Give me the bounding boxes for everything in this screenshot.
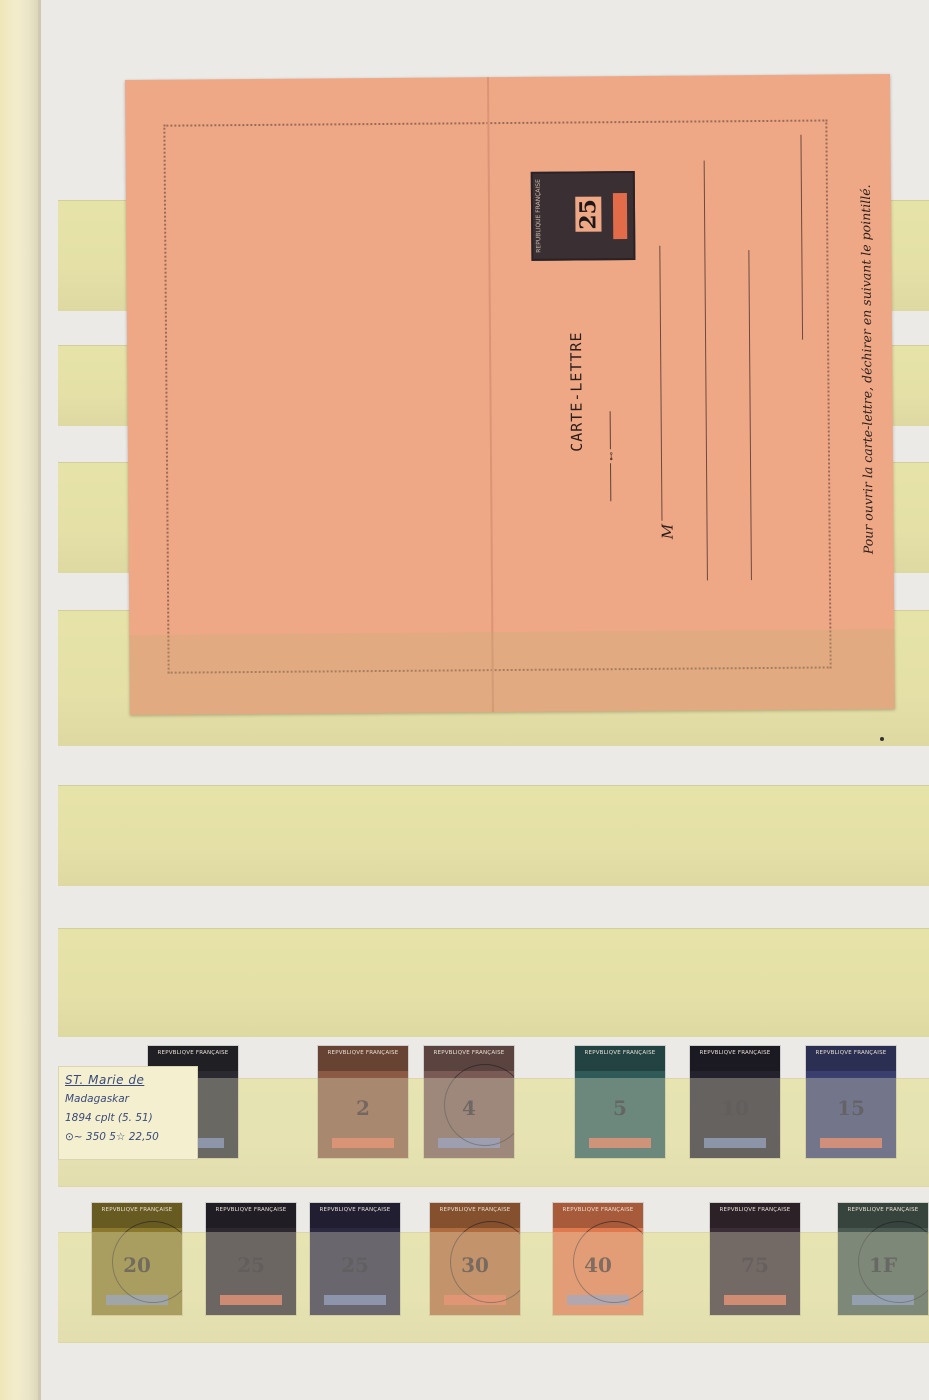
stamp: REPVBLIQVE FRANÇAISE25: [310, 1203, 400, 1315]
stamp-header: REPVBLIQVE FRANÇAISE: [690, 1046, 780, 1071]
album-spine: [0, 0, 40, 1400]
stamp-header: REPVBLIQVE FRANÇAISE: [806, 1046, 896, 1071]
stamp: REPVBLIQVE FRANÇAISE15: [806, 1046, 896, 1158]
stamp-colony-label: [724, 1295, 786, 1305]
postmark: [450, 1221, 520, 1303]
stamp-value: 2: [318, 1096, 408, 1120]
stamp-header: REPVBLIQVE FRANÇAISE: [310, 1203, 400, 1228]
perforation-border: [163, 119, 831, 673]
postmark: [444, 1064, 514, 1146]
stamp: REPVBLIQVE FRANÇAISE1F: [838, 1203, 928, 1315]
stamp-denomination: 25: [575, 197, 601, 232]
strip-overlay: [129, 629, 895, 715]
card-title: CARTE-LETTRE: [567, 331, 586, 452]
stamp-value: 5: [575, 1096, 665, 1120]
stamp-colony-label: [704, 1138, 766, 1148]
stamp-value: 10: [690, 1096, 780, 1120]
handwritten-note: ST. Marie de Madagaskar 1894 cplt (5. 51…: [58, 1066, 198, 1160]
postmark: [858, 1221, 928, 1303]
stamp: REPVBLIQVE FRANÇAISE4: [424, 1046, 514, 1158]
imprinted-stamp: REPUBLIQUE FRANÇAISE 25: [531, 171, 636, 261]
stamp-value: 25: [206, 1253, 296, 1277]
stamp-header: REPVBLIQVE FRANÇAISE: [710, 1203, 800, 1228]
stamp-header: REPVBLIQVE FRANÇAISE: [575, 1046, 665, 1071]
stock-strip-5: [58, 785, 929, 886]
stamp: REPVBLIQVE FRANÇAISE30: [430, 1203, 520, 1315]
stamp-header: REPVBLIQVE FRANÇAISE: [206, 1203, 296, 1228]
stamp-colony-label: [820, 1138, 882, 1148]
stamp-colony-label: [220, 1295, 282, 1305]
letter-card: REPUBLIQUE FRANÇAISE 25 CARTE-LETTRE ⊶ M…: [125, 74, 895, 715]
stamp: REPVBLIQVE FRANÇAISE75: [710, 1203, 800, 1315]
stamp: REPVBLIQVE FRANÇAISE20: [92, 1203, 182, 1315]
stamp-colony-label: [589, 1138, 651, 1148]
stamp: REPVBLIQVE FRANÇAISE2: [318, 1046, 408, 1158]
stamp: REPVBLIQVE FRANÇAISE10: [690, 1046, 780, 1158]
stock-strip-6: [58, 928, 929, 1037]
address-prefix: M: [659, 524, 677, 540]
stamp: REPVBLIQVE FRANÇAISE40: [553, 1203, 643, 1315]
opening-instructions: Pour ouvrir la carte-lettre, déchirer en…: [858, 184, 877, 684]
stamp-header: REPVBLIQVE FRANÇAISE: [318, 1046, 408, 1071]
page-mark: [880, 737, 884, 741]
stamp-colony-label: [332, 1138, 394, 1148]
stamp-value: 25: [310, 1253, 400, 1277]
postmark: [573, 1221, 643, 1303]
stamp: REPVBLIQVE FRANÇAISE25: [206, 1203, 296, 1315]
stamp-label-tab: [613, 193, 627, 239]
stamp: REPVBLIQVE FRANÇAISE5: [575, 1046, 665, 1158]
stamp-value: 15: [806, 1096, 896, 1120]
postmark: [112, 1221, 182, 1303]
stamp-value: 75: [710, 1253, 800, 1277]
divider-ornament: ⊶: [606, 411, 616, 501]
stamp-colony-label: [324, 1295, 386, 1305]
